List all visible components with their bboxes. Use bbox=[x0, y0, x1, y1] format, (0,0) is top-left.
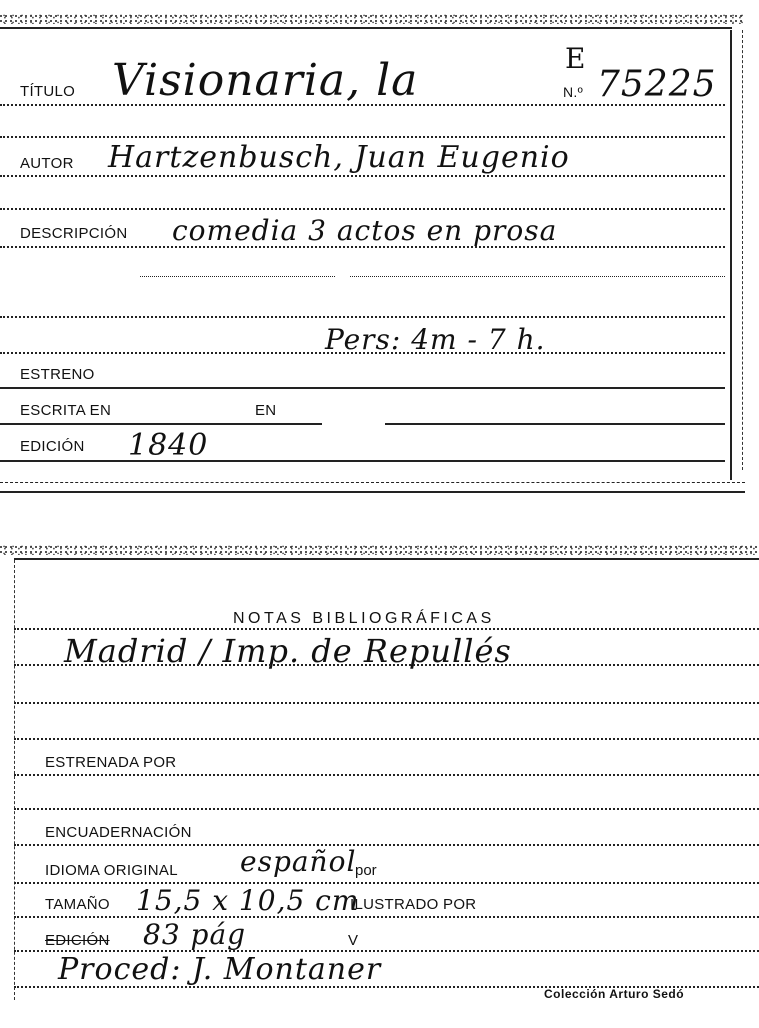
ilustrado-por-label: ILUSTRADO POR bbox=[350, 896, 476, 913]
card-top-border bbox=[0, 27, 732, 29]
en-label: EN bbox=[255, 402, 276, 419]
edicion-label: EDICIÓN bbox=[20, 438, 85, 455]
notas-rule-3 bbox=[14, 702, 759, 704]
idioma-original-label: IDIOMA ORIGINAL bbox=[45, 862, 178, 879]
numero-value: 75225 bbox=[597, 64, 717, 105]
escrita-en-rule-right bbox=[385, 423, 725, 425]
numero-prefix: E bbox=[565, 42, 586, 75]
titulo-value: Visionaria, la bbox=[112, 55, 418, 106]
back-left-edge bbox=[14, 560, 15, 1000]
idioma-original-value: español bbox=[240, 845, 356, 878]
autor-label: AUTOR bbox=[20, 155, 74, 172]
escrita-en-label: ESCRITA EN bbox=[20, 402, 111, 419]
card-bottom-dashed bbox=[0, 482, 745, 483]
card-bottom-border bbox=[0, 491, 745, 493]
edicion-back-label: EDICIÓN bbox=[45, 932, 110, 949]
idioma-por-label: por bbox=[355, 862, 377, 879]
blank-rule-3 bbox=[0, 316, 725, 318]
edicion-rule bbox=[0, 460, 725, 462]
estreno-label: ESTRENO bbox=[20, 366, 95, 383]
edicion-value: 1840 bbox=[128, 428, 208, 463]
notas-rule-1 bbox=[14, 628, 759, 630]
back-top-border-texture bbox=[0, 545, 759, 555]
notas-title: NOTAS BIBLIOGRÁFICAS bbox=[233, 610, 495, 628]
descripcion-top-rule bbox=[0, 208, 725, 210]
edicion-back-value: 83 pág bbox=[143, 918, 246, 951]
notas-rule-2 bbox=[14, 664, 759, 666]
numero-label: N.º bbox=[563, 84, 583, 100]
descripcion-value: comedia 3 actos en prosa bbox=[172, 214, 557, 247]
estreno-rule bbox=[0, 387, 725, 389]
card-right-edge bbox=[742, 30, 743, 470]
collection-credit: Colección Arturo Sedó bbox=[544, 987, 684, 1001]
blank-back-rule bbox=[14, 808, 759, 810]
card-top-border-texture bbox=[0, 14, 745, 24]
back-top-border bbox=[14, 558, 759, 560]
estrenada-por-rule bbox=[14, 774, 759, 776]
blank-rule-1 bbox=[140, 276, 335, 277]
procedencia-value: Proced: J. Montaner bbox=[58, 952, 381, 987]
tamano-value: 15,5 x 10,5 cm bbox=[136, 884, 359, 917]
titulo-rule bbox=[0, 104, 725, 106]
tamano-label: TAMAÑO bbox=[45, 896, 110, 913]
blank-rule-2 bbox=[350, 276, 725, 277]
notas-rule-4 bbox=[14, 738, 759, 740]
tamano-rule bbox=[14, 916, 759, 918]
titulo-label: TÍTULO bbox=[20, 83, 75, 100]
escrita-en-rule-left bbox=[0, 423, 322, 425]
autor-top-rule bbox=[0, 136, 725, 138]
idioma-rule bbox=[14, 882, 759, 884]
autor-value: Hartzenbusch, Juan Eugenio bbox=[108, 140, 570, 175]
descripcion-label: DESCRIPCIÓN bbox=[20, 225, 127, 242]
descripcion-rule bbox=[0, 246, 725, 248]
personajes-rule bbox=[0, 352, 725, 354]
estrenada-por-label: ESTRENADA POR bbox=[45, 754, 176, 771]
encuadernacion-rule bbox=[14, 844, 759, 846]
edicion-back-extra: V bbox=[348, 932, 358, 949]
encuadernacion-label: ENCUADERNACIÓN bbox=[45, 824, 192, 841]
autor-rule bbox=[0, 175, 725, 177]
card-right-border bbox=[730, 30, 732, 480]
